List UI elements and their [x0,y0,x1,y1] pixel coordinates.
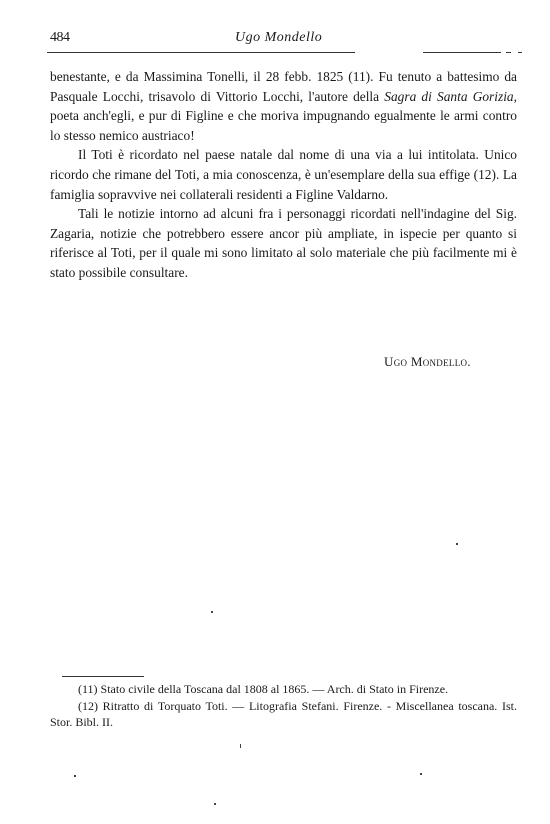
header-rule [47,52,355,53]
scan-speck [240,744,241,748]
scan-speck [211,611,213,613]
running-title: Ugo Mondello [235,30,322,46]
scan-speck [420,773,422,775]
scan-speck [74,775,76,777]
text-run: Tali le notizie intorno ad alcuni fra i … [50,206,517,280]
footnote-rule [62,676,144,677]
text-run: Il Toti è ricordato nel paese natale dal… [50,147,517,201]
italic-title: Sagra di Santa Gorizia [384,89,513,104]
page-header: 484 Ugo Mondello [50,30,517,50]
author-signature: Ugo Mondello. [384,354,471,370]
footnotes: (11) Stato civile della Toscana dal 1808… [50,681,517,731]
scan-speck [214,803,216,805]
body-paragraph: Tali le notizie intorno ad alcuni fra i … [50,204,517,282]
footnote: (12) Ritratto di Torquato Toti. — Litogr… [50,698,517,731]
body-paragraph: benestante, e da Massimina Tonelli, il 2… [50,67,517,145]
header-rule [518,52,522,53]
scan-speck [456,543,458,545]
body-text: benestante, e da Massimina Tonelli, il 2… [50,67,517,283]
body-paragraph: Il Toti è ricordato nel paese natale dal… [50,145,517,204]
header-rule [423,52,501,53]
page-number: 484 [50,30,70,46]
header-rule [506,52,511,53]
footnote: (11) Stato civile della Toscana dal 1808… [50,681,517,698]
